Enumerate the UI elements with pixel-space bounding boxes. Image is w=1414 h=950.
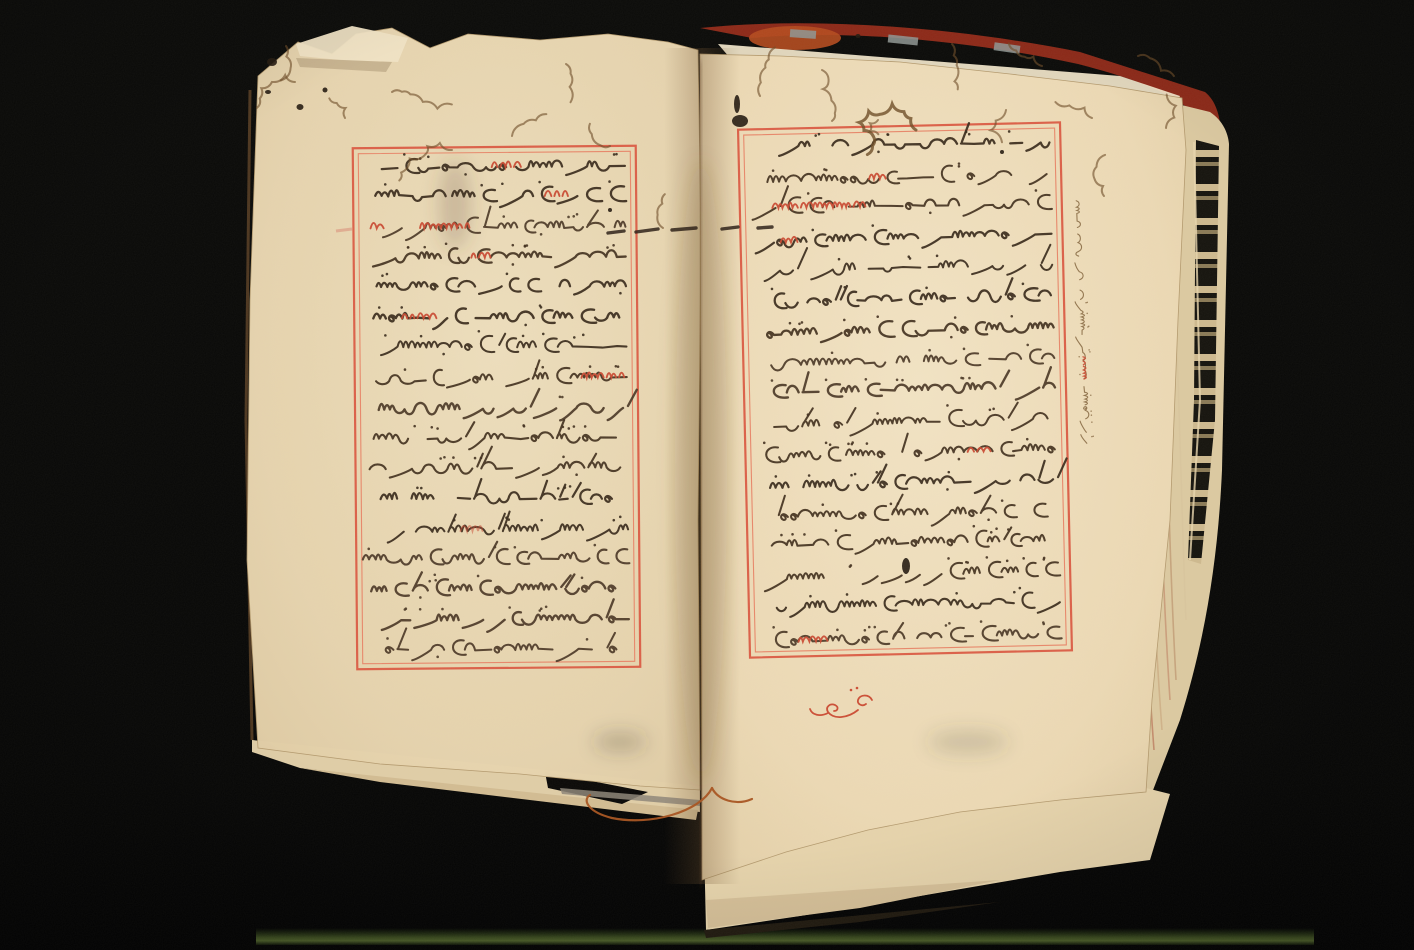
- scene: [0, 0, 1414, 950]
- vignette: [0, 0, 1414, 950]
- manuscript-photo: [0, 0, 1414, 950]
